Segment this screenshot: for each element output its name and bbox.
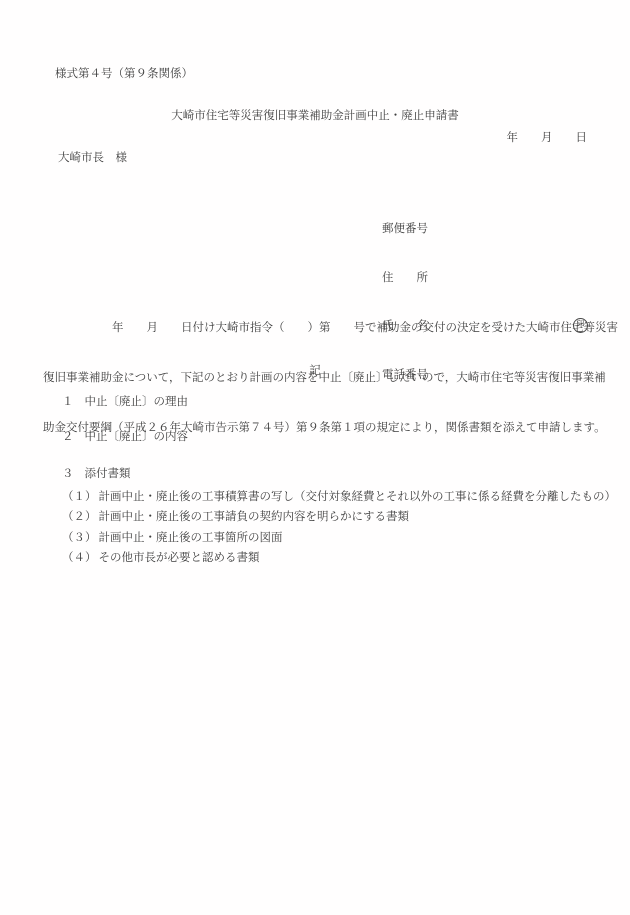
- document-page: 様式第４号（第９条関係） 大崎市住宅等災害復旧事業補助金計画中止・廃止申請書 年…: [0, 0, 630, 915]
- item-number: ２: [62, 429, 74, 444]
- item-label: 添付書類: [85, 466, 131, 480]
- item-number: １: [62, 394, 74, 409]
- page-title: 大崎市住宅等災害復旧事業補助金計画中止・廃止申請書: [0, 108, 630, 123]
- attachment-label: 計画中止・廃止後の工事積算書の写し（交付対象経費とそれ以外の工事に係る経費を分離…: [99, 489, 617, 503]
- attachment-item: （３）計画中止・廃止後の工事箇所の図面: [62, 530, 283, 545]
- attachment-item: （２）計画中止・廃止後の工事請負の契約内容を明らかにする書類: [62, 509, 409, 524]
- list-item-reason: １中止〔廃止〕の理由: [62, 394, 188, 409]
- address-label: 住 所: [382, 268, 594, 287]
- item-label: 中止〔廃止〕の内容: [85, 429, 189, 443]
- item-number: ３: [62, 466, 74, 481]
- list-item-content: ２中止〔廃止〕の内容: [62, 429, 188, 444]
- attachment-label: 計画中止・廃止後の工事箇所の図面: [99, 530, 283, 544]
- attachment-label: その他市長が必要と認める書類: [99, 550, 260, 564]
- attachment-item: （１）計画中止・廃止後の工事積算書の写し（交付対象経費とそれ以外の工事に係る経費…: [62, 489, 616, 504]
- postal-code-label: 郵便番号: [382, 219, 594, 238]
- attachment-item: （４）その他市長が必要と認める書類: [62, 550, 260, 565]
- form-number: 様式第４号（第９条関係）: [55, 66, 193, 81]
- date-blank-line: 年 月 日: [507, 130, 588, 145]
- attachment-number: （４）: [62, 550, 97, 565]
- attachment-number: （３）: [62, 530, 97, 545]
- list-item-attachments: ３添付書類: [62, 466, 131, 481]
- item-label: 中止〔廃止〕の理由: [85, 394, 189, 408]
- body-line: 年 月 日付け大崎市指令（ ）第 号で補助金の交付の決定を受けた大崎市住宅等災害: [43, 317, 589, 337]
- addressee-line: 大崎市長 様: [58, 150, 127, 165]
- record-heading: 記: [0, 363, 630, 378]
- attachment-label: 計画中止・廃止後の工事請負の契約内容を明らかにする書類: [99, 509, 410, 523]
- attachment-number: （２）: [62, 509, 97, 524]
- attachment-number: （１）: [62, 489, 97, 504]
